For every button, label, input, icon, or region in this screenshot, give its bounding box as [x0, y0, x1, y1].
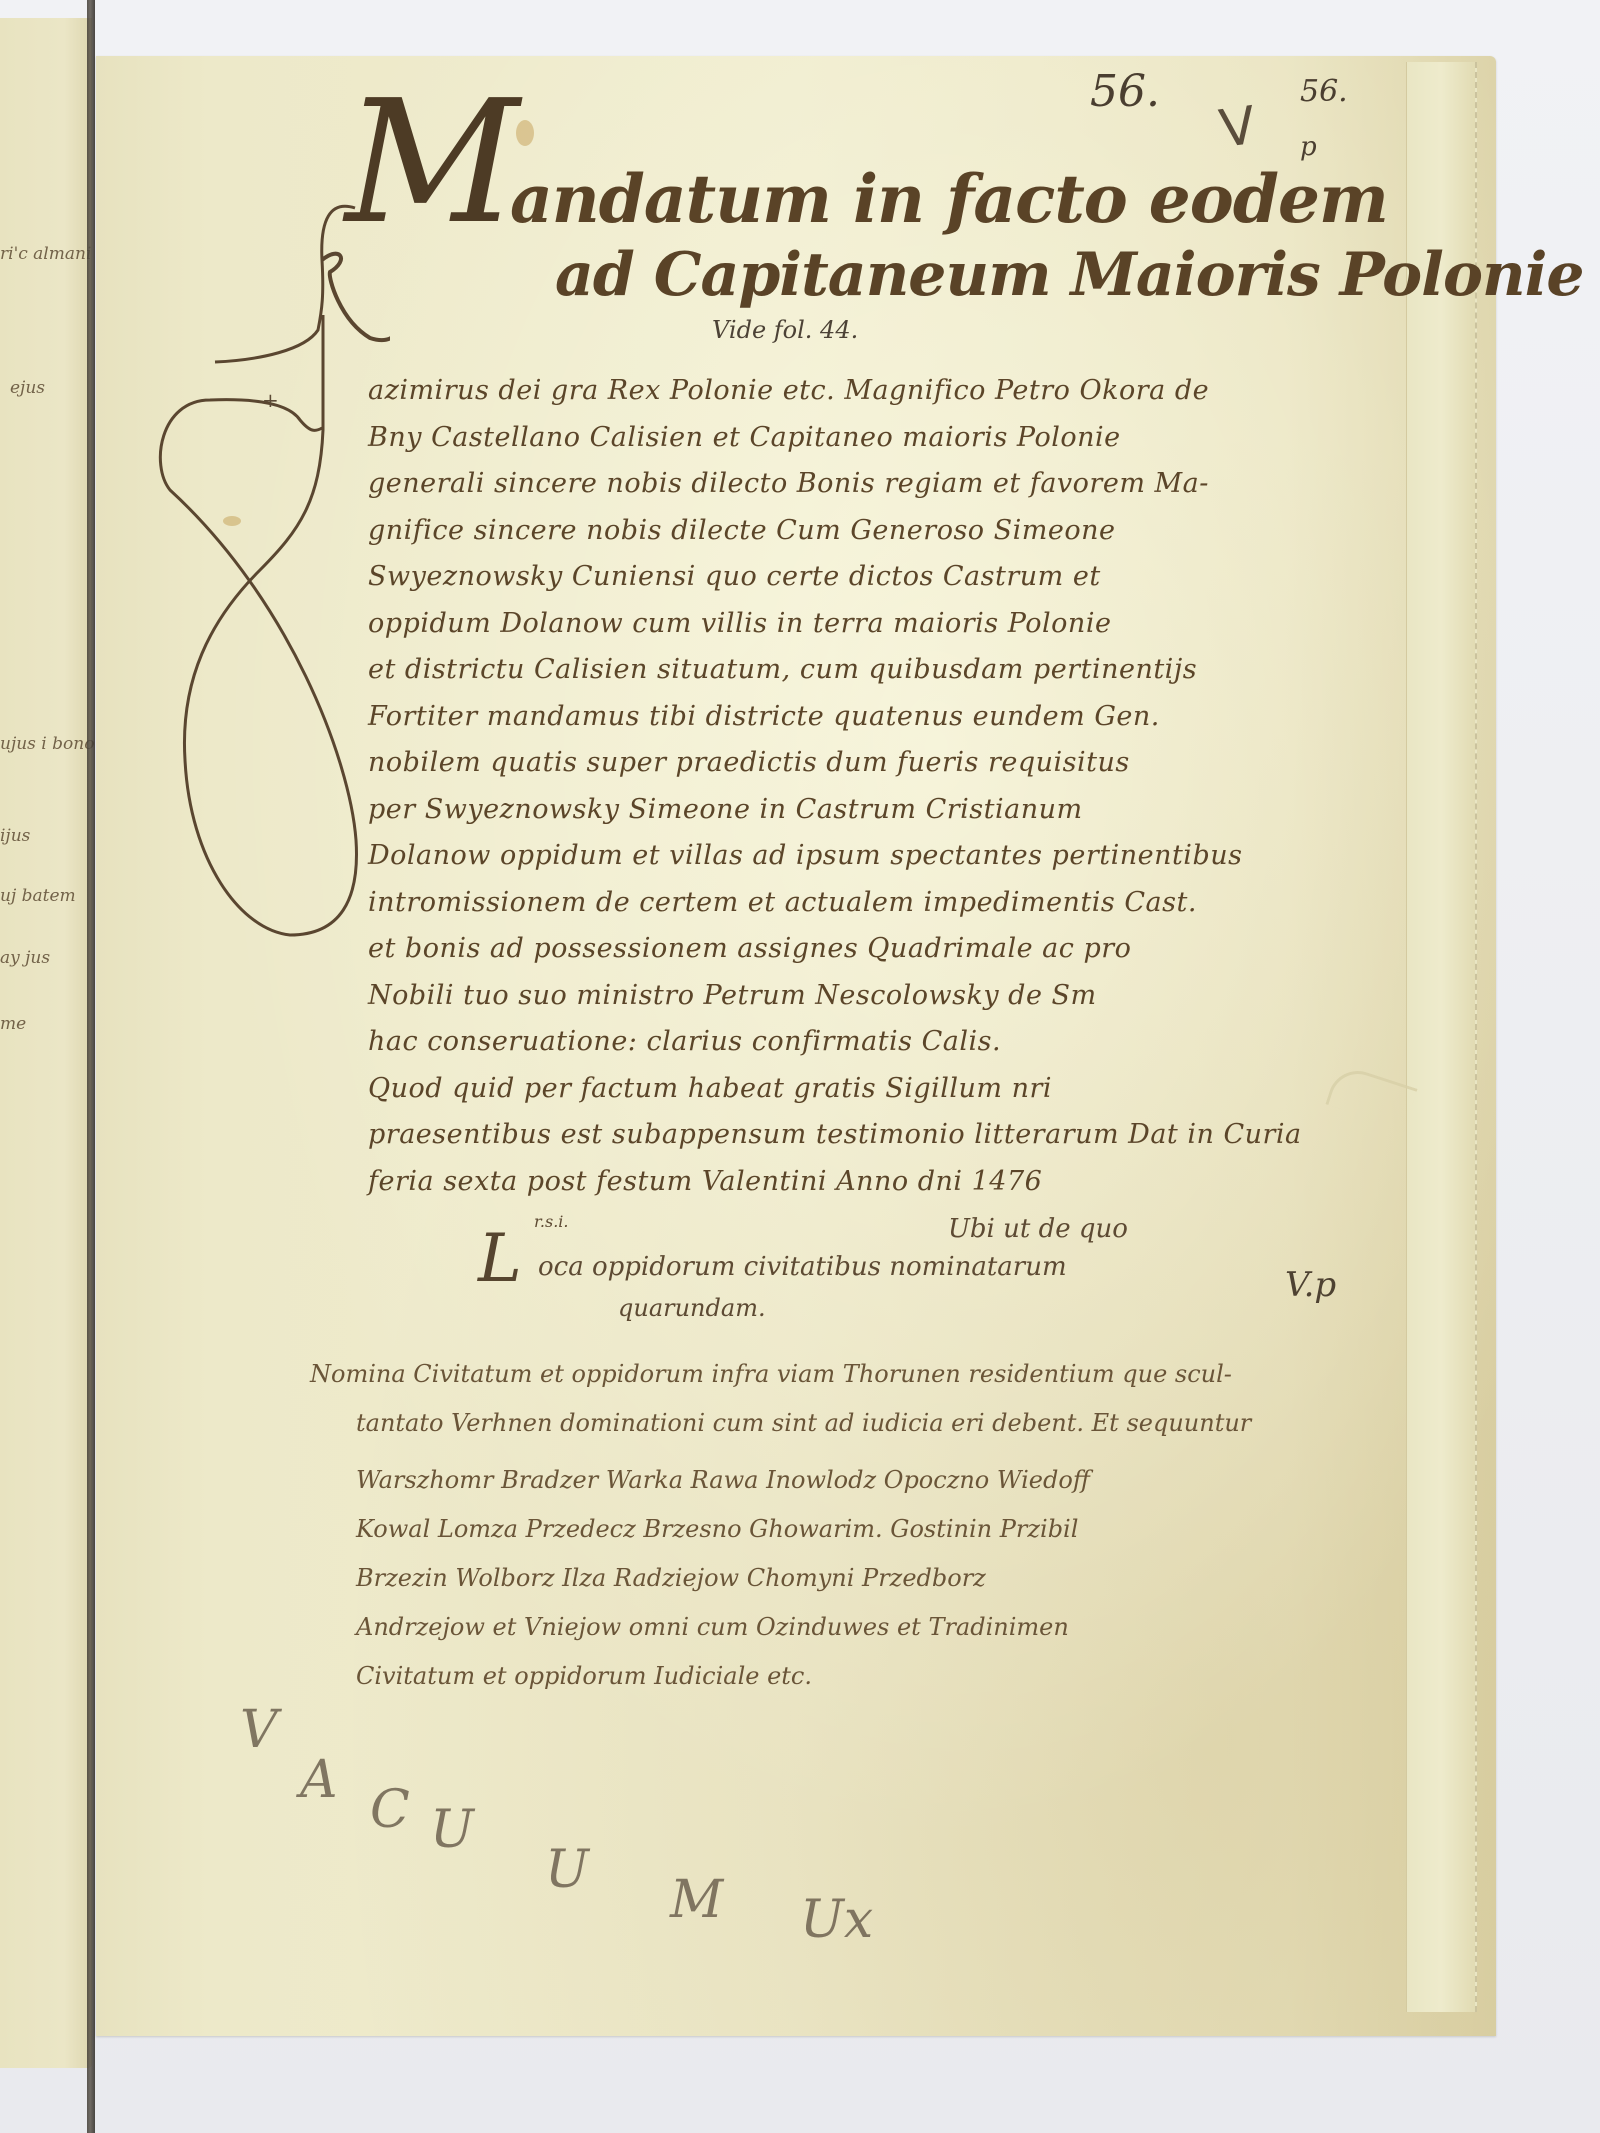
binding-thread — [87, 0, 95, 2133]
pen-trial-letter: C — [370, 1780, 410, 1840]
body-line: Nobili tuo suo ministro Petrum Nescolows… — [368, 973, 1318, 1020]
left-page-fragment: ri'c almani ejus ujus i bono ijus uj bat… — [0, 18, 92, 2068]
pen-trial-letter: U — [430, 1800, 474, 1860]
margin-note: ri'c almani — [0, 244, 91, 264]
flourish-initial-icon — [150, 200, 390, 1020]
body-line: hac conseruatione: clarius confirmatis C… — [368, 1019, 1318, 1066]
body-line: Quod quid per factum habeat gratis Sigil… — [368, 1066, 1318, 1113]
body-line: per Swyeznowsky Simeone in Castrum Crist… — [368, 787, 1318, 834]
list-line: tantato Verhnen dominationi cum sint ad … — [310, 1399, 1360, 1448]
title-line-1: andatum in facto eodem — [510, 160, 1388, 238]
title-line-2: ad Capitaneum Maioris Polonie — [555, 240, 1584, 310]
section-heading-line-3: quarundam. — [618, 1294, 766, 1322]
date-line: feria sexta post festum Valentini Anno d… — [368, 1159, 1318, 1206]
list-line: Andrzejow et Vniejow omni cum Ozinduwes … — [310, 1603, 1360, 1652]
pen-trial-letter: Ux — [800, 1890, 873, 1950]
plus-mark-icon: + — [262, 388, 279, 412]
section-capital: L — [478, 1220, 522, 1297]
pen-trial-letter: V — [240, 1700, 278, 1760]
list-line: Warszhomr Bradzer Warka Rawa Inowlodz Op… — [310, 1456, 1360, 1505]
list-line: Nomina Civitatum et oppidorum infra viam… — [310, 1350, 1360, 1399]
folio-number-alt: 56. — [1300, 74, 1348, 109]
folio-mark-p: p — [1300, 132, 1317, 162]
section-mark: V.p — [1285, 1265, 1336, 1305]
body-line: azimirus dei gra Rex Polonie etc. Magnif… — [368, 368, 1318, 415]
body-line: praesentibus est subappensum testimonio … — [368, 1112, 1318, 1159]
body-line: generali sincere nobis dilecto Bonis reg… — [368, 461, 1318, 508]
pen-trial-letter: U — [545, 1840, 589, 1900]
list-line: Civitatum et oppidorum Iudiciale etc. — [310, 1652, 1360, 1701]
body-line: Bny Castellano Calisien et Capitaneo mai… — [368, 415, 1318, 462]
body-line: Fortiter mandamus tibi districte quatenu… — [368, 694, 1318, 741]
body-line: oppidum Dolanow cum villis in terra maio… — [368, 601, 1318, 648]
margin-note: ejus — [10, 378, 45, 398]
section-heading-line-1: Ubi ut de quo — [948, 1214, 1128, 1244]
body-line: et districtu Calisien situatum, cum quib… — [368, 647, 1318, 694]
town-list: Nomina Civitatum et oppidorum infra viam… — [310, 1350, 1360, 1701]
body-line: nobilem quatis super praedictis dum fuer… — [368, 740, 1318, 787]
list-line: Kowal Lomza Przedecz Brzesno Ghowarim. G… — [310, 1505, 1360, 1554]
body-line: Swyeznowsky Cuniensi quo certe dictos Ca… — [368, 554, 1318, 601]
body-line: Dolanow oppidum et villas ad ipsum spect… — [368, 833, 1318, 880]
body-line: gnifice sincere nobis dilecte Cum Genero… — [368, 508, 1318, 555]
check-mark-icon: V — [1216, 96, 1260, 160]
pen-trial-letter: A — [300, 1750, 338, 1810]
margin-note: ijus — [0, 826, 30, 846]
mandate-body: azimirus dei gra Rex Polonie etc. Magnif… — [368, 368, 1318, 1205]
body-line: et bonis ad possessionem assignes Quadri… — [368, 926, 1318, 973]
section-heading-line-2: oca oppidorum civitatibus nominatarum — [538, 1252, 1067, 1282]
page-edge-strip — [1406, 62, 1477, 2012]
pen-trial-letter: M — [670, 1870, 723, 1930]
body-line: intromissionem de certem et actualem imp… — [368, 880, 1318, 927]
margin-note: ujus i bono — [0, 734, 94, 754]
section-superscript: r.s.i. — [534, 1212, 568, 1231]
folio-number: 56. — [1090, 66, 1160, 117]
margin-note: me — [0, 1014, 26, 1034]
ink-stain — [516, 120, 534, 146]
manuscript-scan: ri'c almani ejus ujus i bono ijus uj bat… — [0, 0, 1600, 2133]
list-line: Brzezin Wolborz Ilza Radziejow Chomyni P… — [310, 1554, 1360, 1603]
margin-note: uj batem — [0, 886, 76, 906]
cross-reference-note: Vide fol. 44. — [712, 316, 858, 344]
margin-note: ay jus — [0, 948, 50, 968]
